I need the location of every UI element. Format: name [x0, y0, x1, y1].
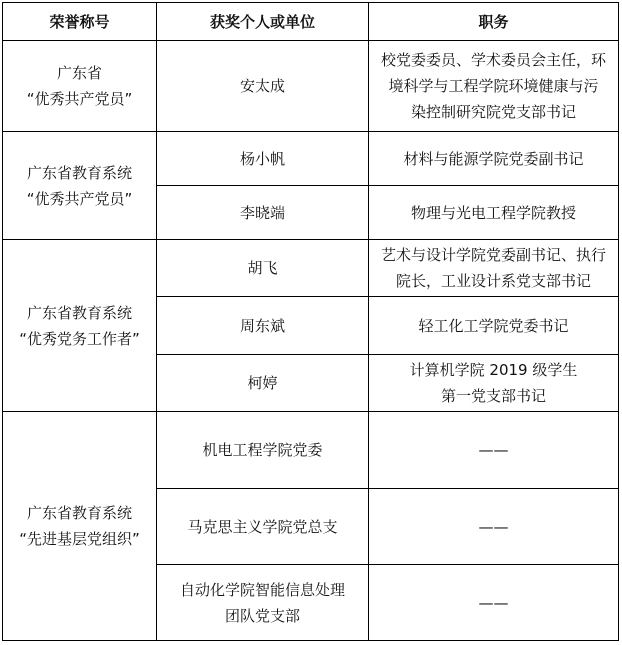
position-cell: 材料与能源学院党委副书记 — [369, 132, 619, 186]
position-cell: —— — [369, 412, 619, 489]
awardee-cell: 柯婷 — [157, 355, 369, 412]
awardee-cell: 胡飞 — [157, 240, 369, 297]
position-cell: 校党委委员、学术委员会主任，环 境科学与工程学院环境健康与污 染控制研究院党支部… — [369, 41, 619, 132]
awardee-cell: 安太成 — [157, 41, 369, 132]
awardee-cell: 周东斌 — [157, 297, 369, 355]
awardee-cell: 李晓端 — [157, 186, 369, 240]
table-row: 广东省教育系统 “优秀共产党员” 杨小帆 材料与能源学院党委副书记 — [3, 132, 619, 186]
table-row: 广东省教育系统 “优秀党务工作者” 胡飞 艺术与设计学院党委副书记、执行 院长，… — [3, 240, 619, 297]
awardee-cell: 自动化学院智能信息处理 团队党支部 — [157, 565, 369, 641]
header-position: 职务 — [369, 3, 619, 41]
honors-table: 荣誉称号 获奖个人或单位 职务 广东省 “优秀共产党员” 安太成 校党委委员、学… — [2, 2, 619, 641]
header-honor: 荣誉称号 — [3, 3, 157, 41]
honor-cell: 广东省 “优秀共产党员” — [3, 41, 157, 132]
position-cell: —— — [369, 565, 619, 641]
honor-cell: 广东省教育系统 “优秀党务工作者” — [3, 240, 157, 412]
honor-cell: 广东省教育系统 “优秀共产党员” — [3, 132, 157, 240]
table-row: 广东省教育系统 “先进基层党组织” 机电工程学院党委 —— — [3, 412, 619, 489]
awardee-cell: 杨小帆 — [157, 132, 369, 186]
header-row: 荣誉称号 获奖个人或单位 职务 — [3, 3, 619, 41]
position-cell: 艺术与设计学院党委副书记、执行 院长，工业设计系党支部书记 — [369, 240, 619, 297]
honor-cell: 广东省教育系统 “先进基层党组织” — [3, 412, 157, 641]
table-row: 广东省 “优秀共产党员” 安太成 校党委委员、学术委员会主任，环 境科学与工程学… — [3, 41, 619, 132]
position-cell: 物理与光电工程学院教授 — [369, 186, 619, 240]
awardee-cell: 马克思主义学院党总支 — [157, 489, 369, 565]
awardee-cell: 机电工程学院党委 — [157, 412, 369, 489]
position-cell: —— — [369, 489, 619, 565]
position-cell: 轻工化工学院党委书记 — [369, 297, 619, 355]
position-cell: 计算机学院 2019 级学生 第一党支部书记 — [369, 355, 619, 412]
header-awardee: 获奖个人或单位 — [157, 3, 369, 41]
